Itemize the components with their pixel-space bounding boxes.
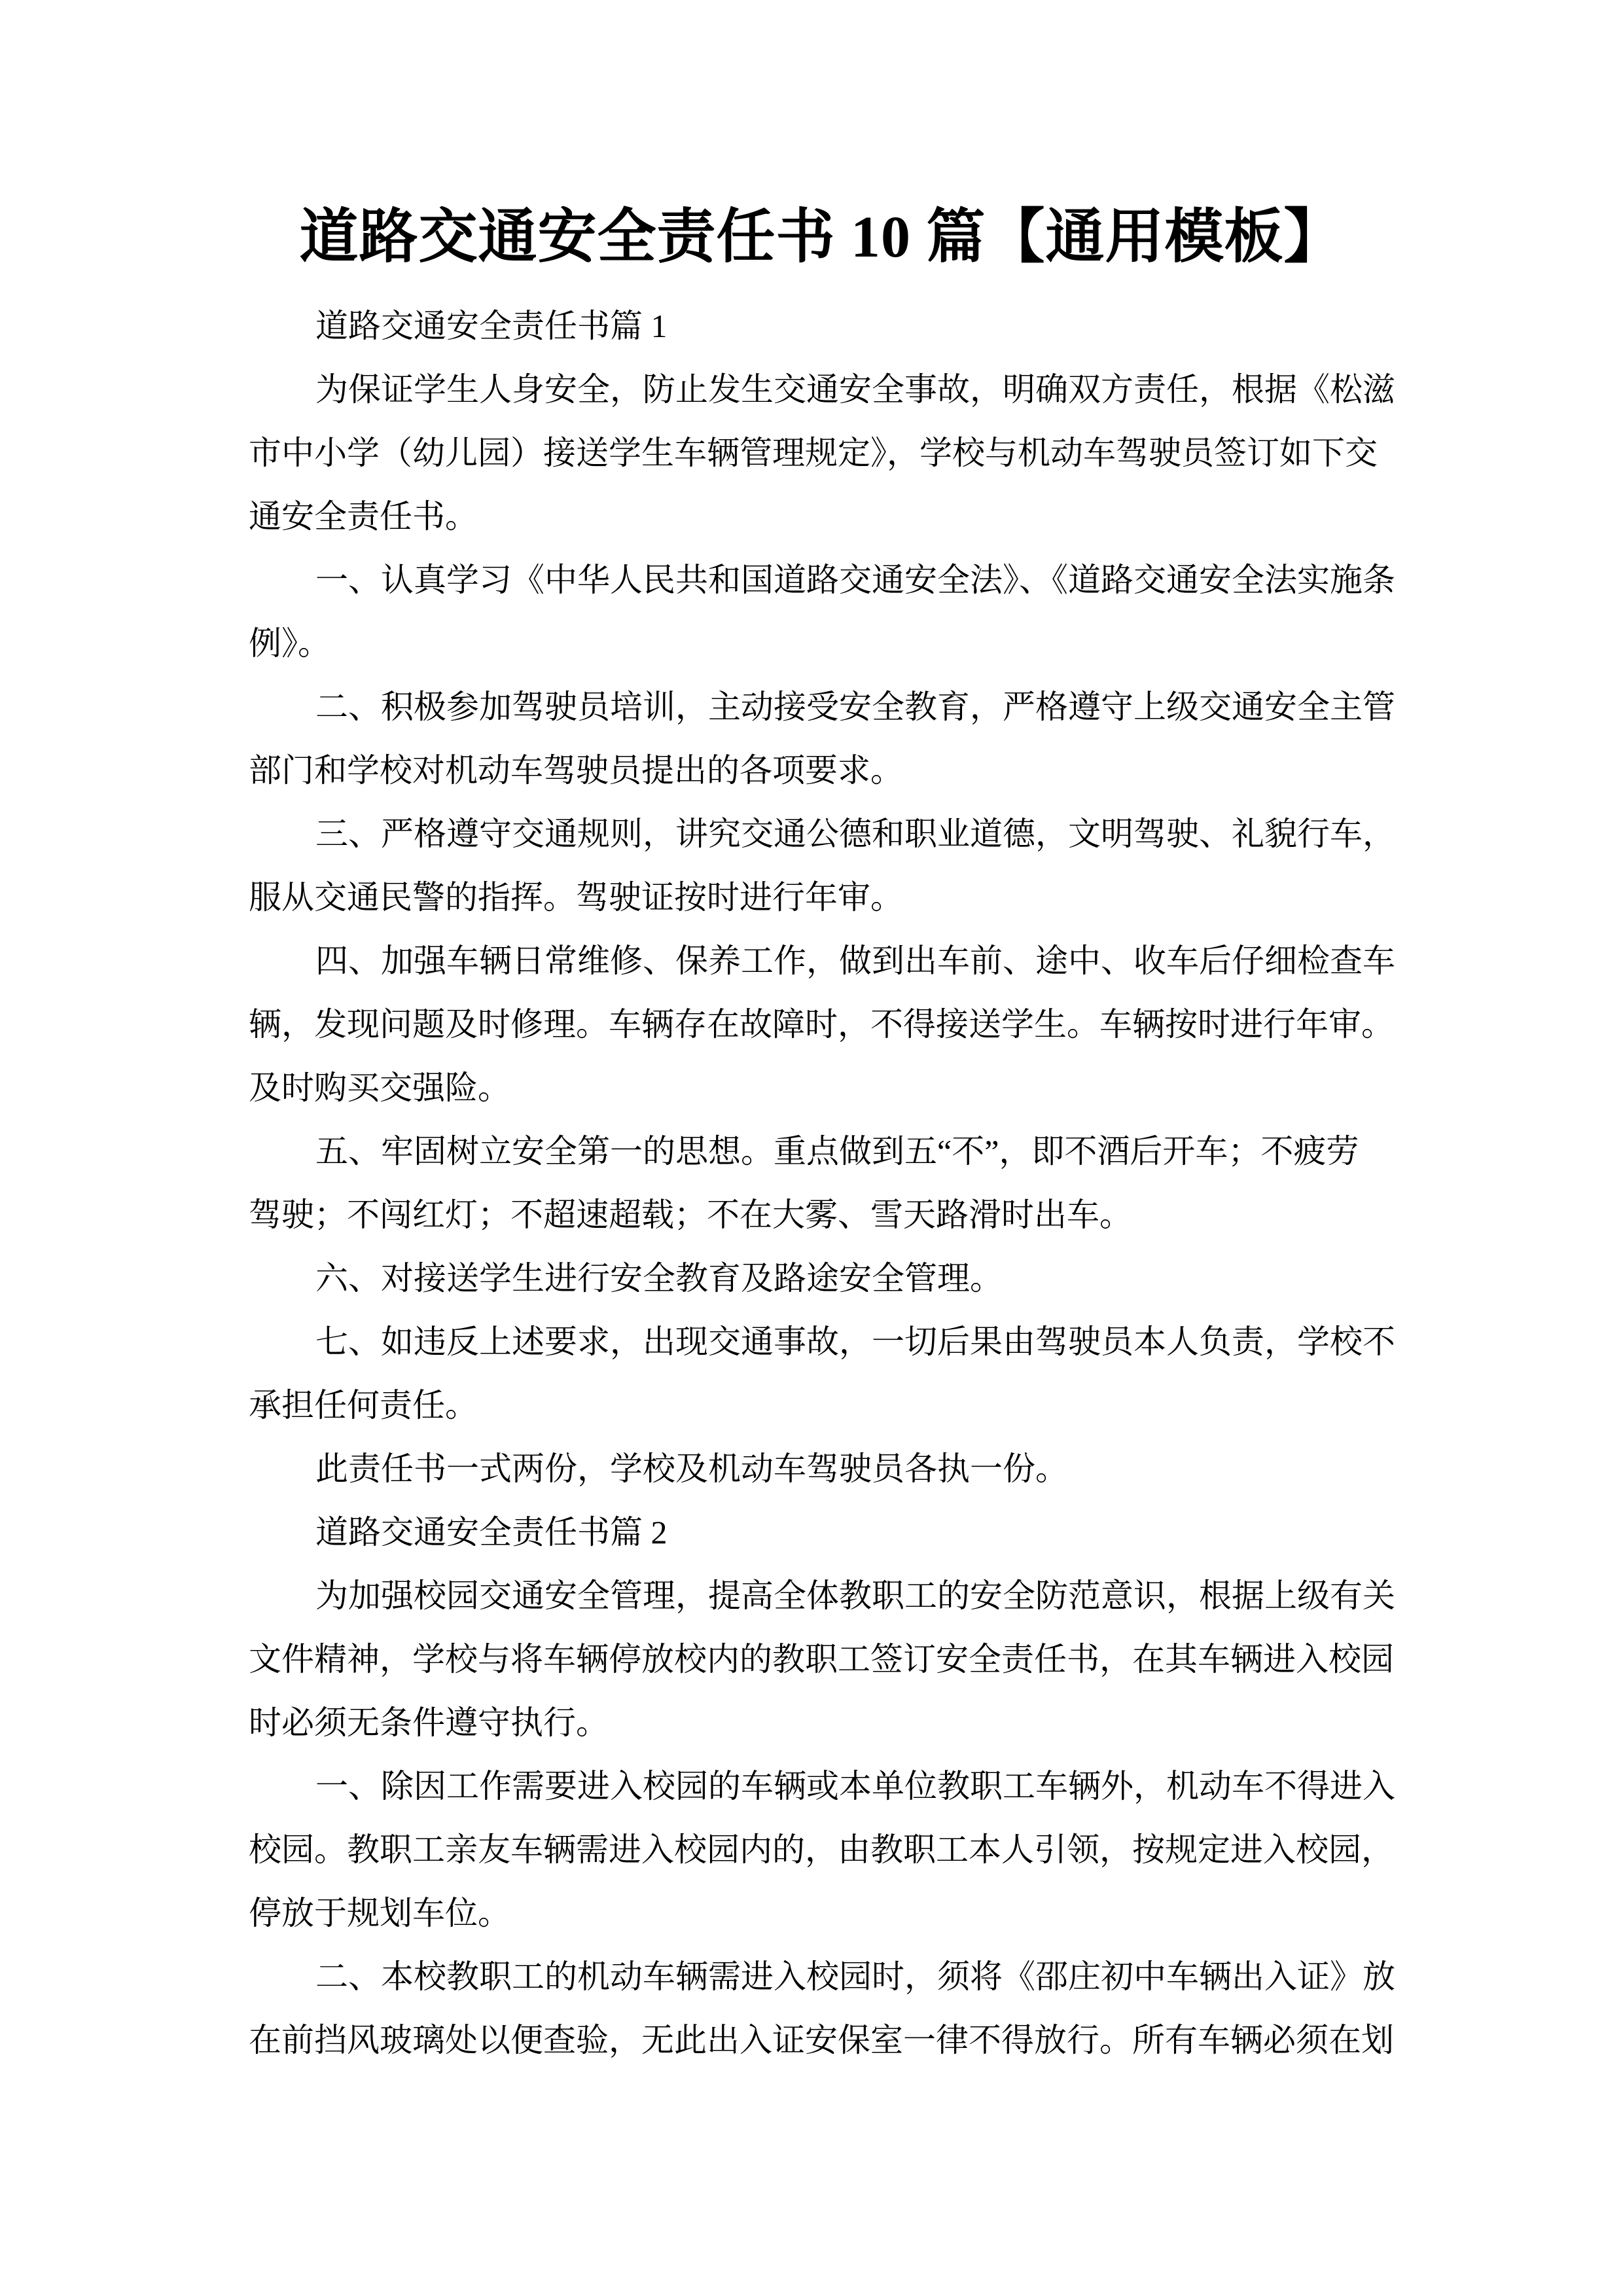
text-line: 校园。教职工亲友车辆需进入校园内的，由教职工本人引领，按规定进入校园， <box>249 1818 1394 1882</box>
text-line: 五、牢固树立安全第一的思想。重点做到五“不”，即不酒后开车；不疲劳 <box>249 1120 1394 1183</box>
text-line: 停放于规划车位。 <box>249 1882 1394 1945</box>
text-line: 一、认真学习《中华人民共和国道路交通安全法》、《道路交通安全法实施条 <box>249 548 1394 612</box>
text-line: 在前挡风玻璃处以便查验，无此出入证安保室一律不得放行。所有车辆必须在划 <box>249 2009 1394 2072</box>
text-line: 驾驶；不闯红灯；不超速超载；不在大雾、雪天路滑时出车。 <box>249 1183 1394 1247</box>
text-line: 道路交通安全责任书篇 1 <box>249 295 1394 358</box>
text-line: 时必须无条件遵守执行。 <box>249 1691 1394 1755</box>
text-line: 例》。 <box>249 612 1394 675</box>
text-line: 四、加强车辆日常维修、保养工作，做到出车前、途中、收车后仔细检查车 <box>249 929 1394 993</box>
text-line: 一、除因工作需要进入校园的车辆或本单位教职工车辆外，机动车不得进入 <box>249 1755 1394 1818</box>
document-body: 道路交通安全责任书篇 1为保证学生人身安全，防止发生交通安全事故，明确双方责任，… <box>249 295 1394 2072</box>
text-line: 为加强校园交通安全管理，提高全体教职工的安全防范意识，根据上级有关 <box>249 1564 1394 1628</box>
text-line: 此责任书一式两份，学校及机动车驾驶员各执一份。 <box>249 1437 1394 1501</box>
text-line: 及时购买交强险。 <box>249 1056 1394 1120</box>
text-line: 六、对接送学生进行安全教育及路途安全管理。 <box>249 1247 1394 1310</box>
text-line: 为保证学生人身安全，防止发生交通安全事故，明确双方责任，根据《松滋 <box>249 358 1394 422</box>
text-line: 三、严格遵守交通规则，讲究交通公德和职业道德，文明驾驶、礼貌行车， <box>249 802 1394 866</box>
text-line: 文件精神，学校与将车辆停放校内的教职工签订安全责任书，在其车辆进入校园 <box>249 1628 1394 1691</box>
text-line: 通安全责任书。 <box>249 485 1394 548</box>
text-line: 二、积极参加驾驶员培训，主动接受安全教育，严格遵守上级交通安全主管 <box>249 675 1394 739</box>
text-line: 市中小学（幼儿园）接送学生车辆管理规定》，学校与机动车驾驶员签订如下交 <box>249 422 1394 485</box>
text-line: 七、如违反上述要求，出现交通事故，一切后果由驾驶员本人负责，学校不 <box>249 1310 1394 1374</box>
document-page: 道路交通安全责任书 10 篇【通用模板】 道路交通安全责任书篇 1为保证学生人身… <box>0 0 1623 2296</box>
text-line: 承担任何责任。 <box>249 1374 1394 1437</box>
text-line: 二、本校教职工的机动车辆需进入校园时，须将《邵庄初中车辆出入证》放 <box>249 1945 1394 2009</box>
text-line: 服从交通民警的指挥。驾驶证按时进行年审。 <box>249 866 1394 929</box>
document-title: 道路交通安全责任书 10 篇【通用模板】 <box>249 202 1394 274</box>
text-line: 部门和学校对机动车驾驶员提出的各项要求。 <box>249 739 1394 802</box>
text-line: 辆，发现问题及时修理。车辆存在故障时，不得接送学生。车辆按时进行年审。 <box>249 993 1394 1056</box>
text-line: 道路交通安全责任书篇 2 <box>249 1501 1394 1564</box>
